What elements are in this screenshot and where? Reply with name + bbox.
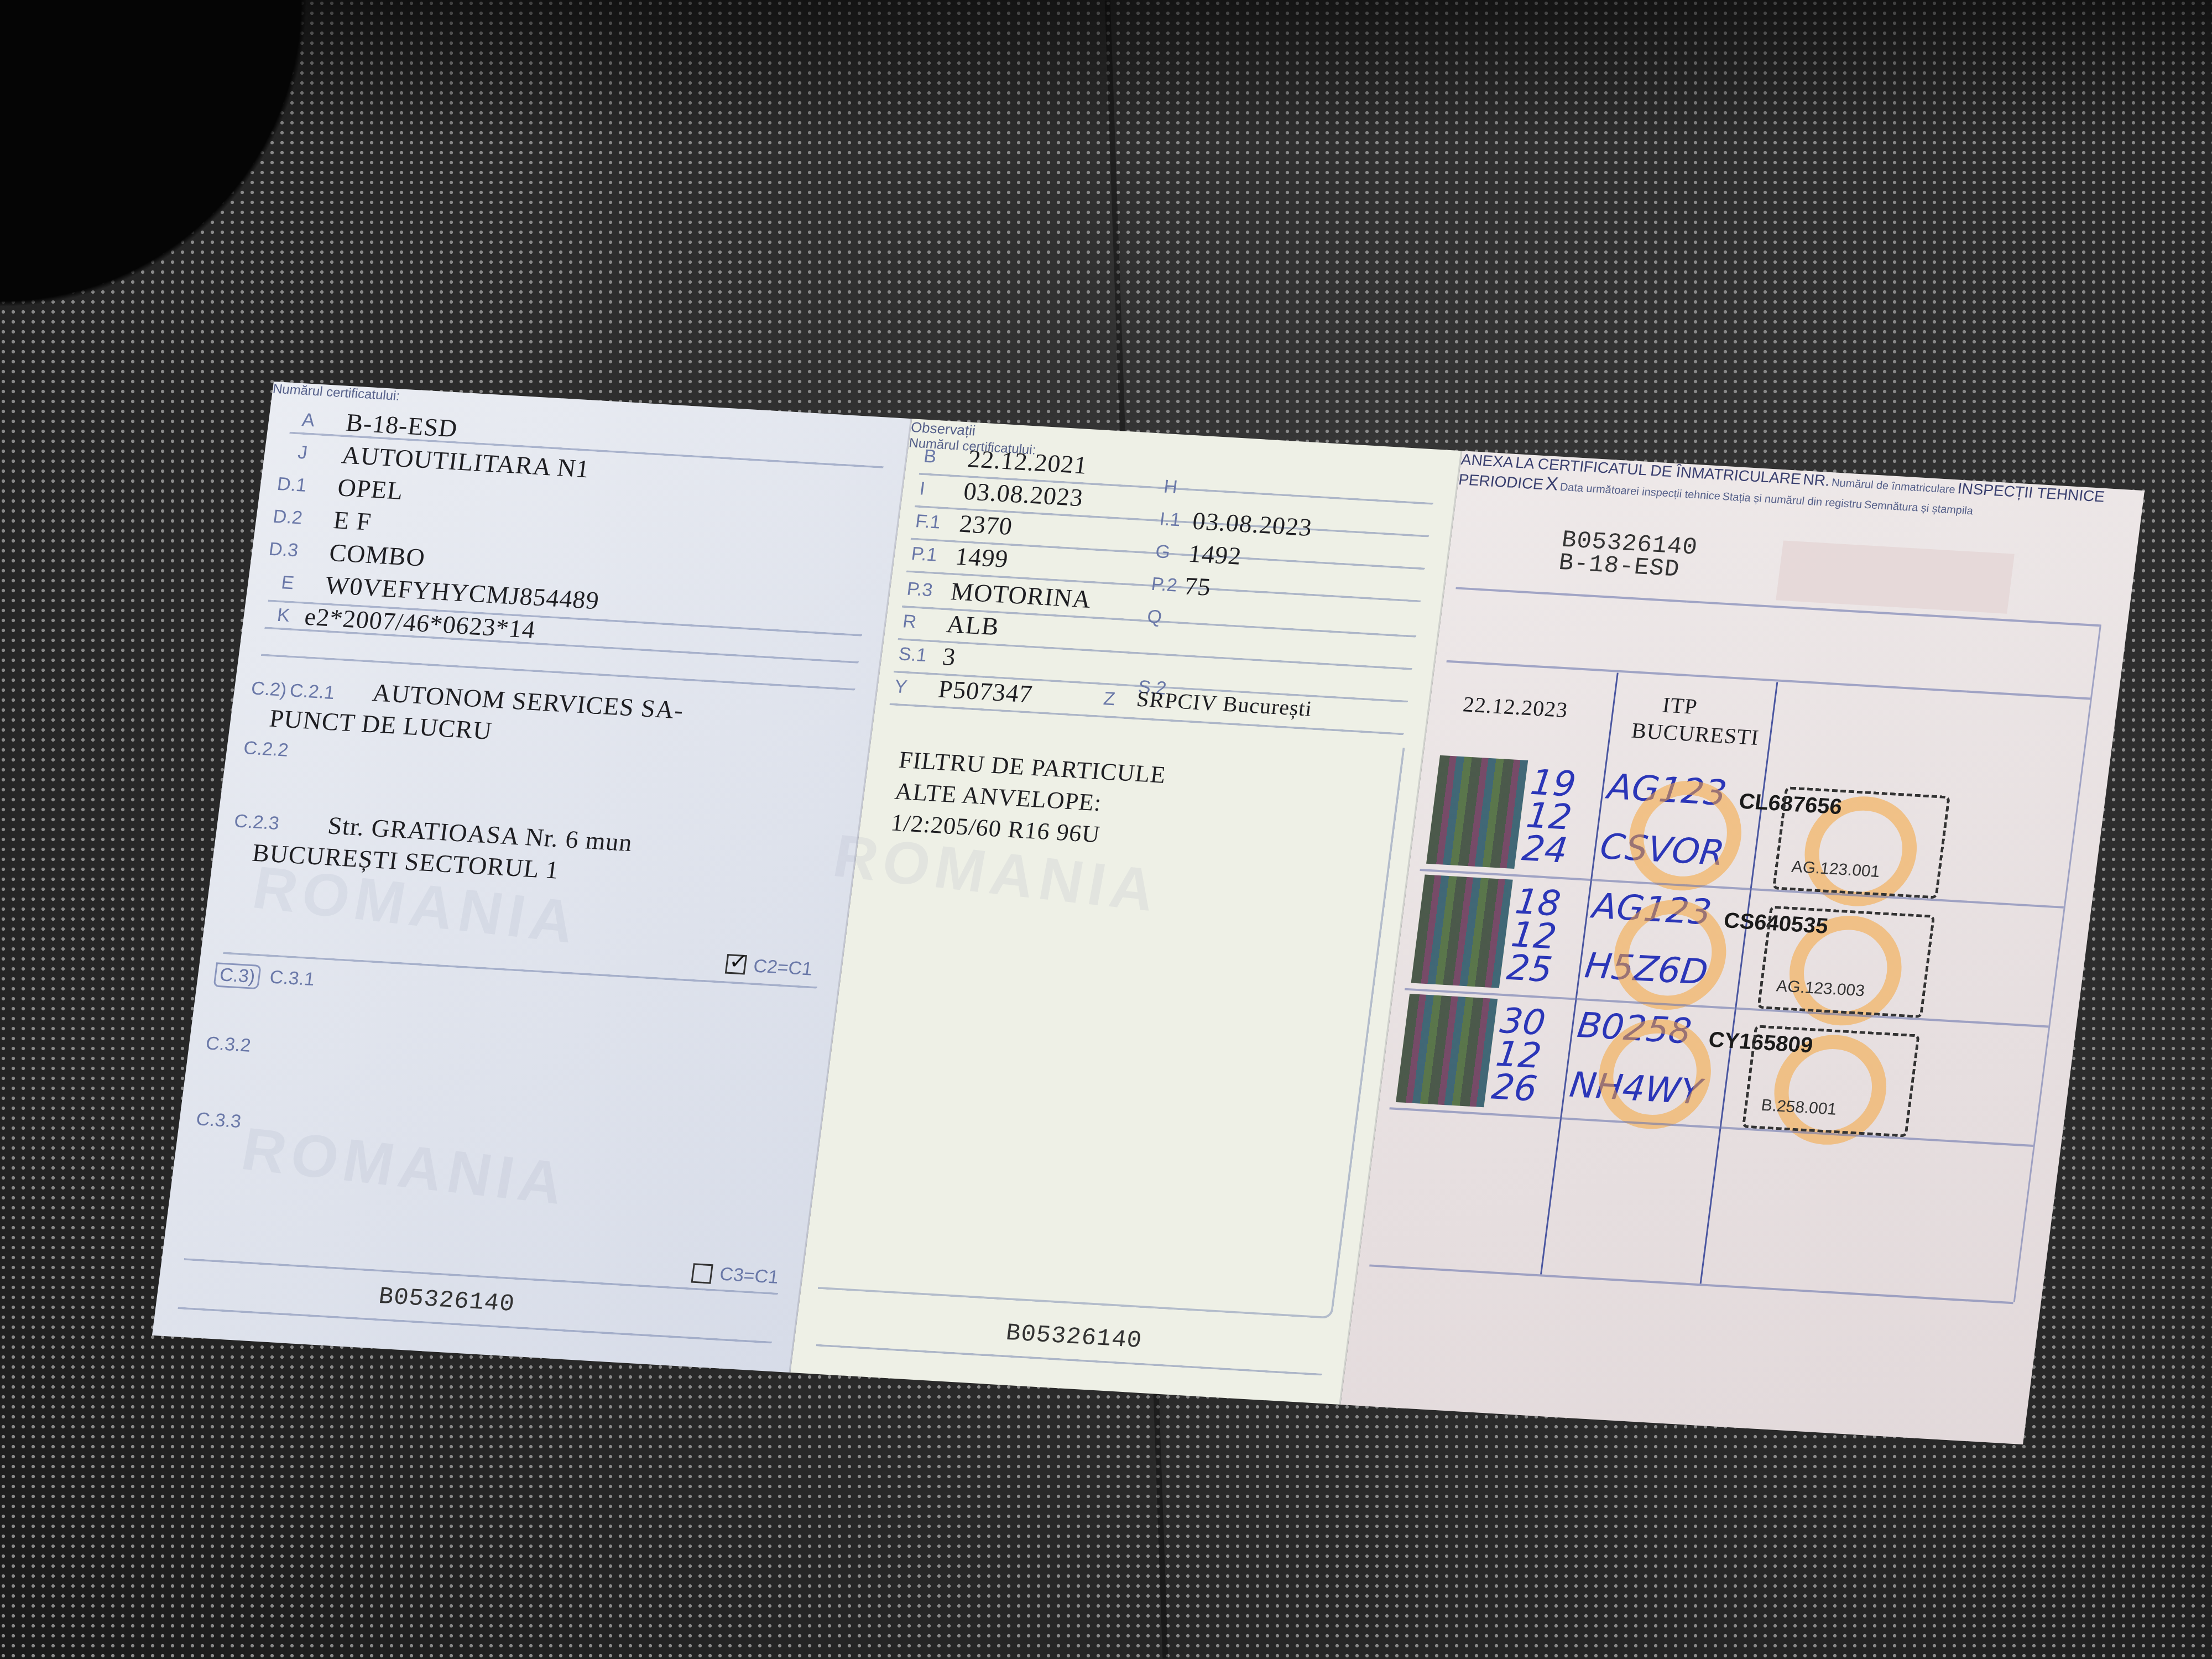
field-label-b: B (922, 446, 937, 468)
field-label-c2: C.2) (250, 678, 288, 701)
field-label-k: K (276, 604, 291, 627)
checkmark-icon: ✓ (728, 948, 749, 975)
field-label-y: Y (893, 676, 908, 698)
field-label-c33: C.3.3 (195, 1109, 242, 1133)
field-value-y: P507347 (937, 674, 1034, 708)
field-value-d2: E F (332, 505, 373, 536)
field-label-z: Z (1102, 688, 1117, 710)
observations-box (818, 718, 1405, 1319)
c3-eq-c1-checkbox (691, 1263, 713, 1284)
field-value-z: SRPCIV București (1135, 686, 1314, 722)
field-value-i: 03.08.2023 (962, 477, 1086, 513)
field-label-r: R (901, 611, 917, 633)
inspection-station: BUCURESTI (1630, 717, 1761, 750)
left-panel: ROMANIA ROMANIA AB-18-ESDJAUTOUTILITARA … (152, 382, 912, 1373)
handwritten-date: 19 12 24 (1520, 766, 1599, 869)
col-signature: Semnătura și ștampila (1864, 499, 1974, 517)
col-next-date: Data următoarei inspecții tehnice (1559, 481, 1721, 502)
field-label-a: A (301, 410, 316, 432)
field-value-r: ALB (945, 609, 1001, 641)
field-label-e: E (280, 572, 295, 594)
field-label-d3: D.3 (268, 539, 300, 561)
shadow-corner (0, 0, 387, 387)
field-label-p2: P.2 (1150, 573, 1178, 596)
field-label-c31: C.3.1 (268, 967, 316, 990)
handwritten-date: 30 12 26 (1490, 1005, 1568, 1108)
c2-eq-c1-checkbox: ✓ (725, 954, 747, 974)
field-value-s1: 3 (941, 642, 958, 671)
c3-eq-c1-label: C3=C1 (718, 1264, 780, 1288)
field-label-c23: C.2.3 (233, 811, 280, 834)
watermark: ROMANIA (237, 1114, 574, 1219)
field-divider (898, 638, 1412, 670)
field-value-f1: 2370 (958, 509, 1014, 541)
redacted-area (1776, 540, 2015, 613)
field-label-s1: S.1 (898, 644, 928, 666)
station-stamp (1742, 1025, 1920, 1138)
hologram-sticker (1396, 994, 1498, 1107)
inspection-station: ITP (1661, 692, 1699, 719)
annex-title: ANEXA (1460, 451, 1514, 471)
x-label: X (1545, 473, 1559, 495)
field-label-i: I (919, 478, 926, 500)
cert-number: B05326140 (1004, 1320, 1144, 1355)
hologram-sticker (1411, 874, 1513, 988)
field-label-i1: I.1 (1159, 509, 1182, 531)
c2-eq-c1-label: C2=C1 (752, 956, 813, 980)
field-value-b: 22.12.2021 (966, 444, 1089, 480)
field-label-d2: D.2 (272, 506, 304, 529)
field-label-p3: P.3 (906, 578, 934, 601)
station-stamp (1772, 786, 1950, 899)
field-label-f1: F.1 (914, 511, 942, 534)
reg-number-label: Numărul de înmatriculare (1831, 477, 1956, 496)
field-label-c3: C.3) (213, 962, 261, 989)
field-label-c21: C.2.1 (289, 680, 336, 704)
col-station: Stația și numărul din registru (1721, 491, 1863, 510)
field-value-d1: OPEL (336, 473, 405, 505)
field-label-g: G (1154, 541, 1171, 564)
station-stamp (1757, 906, 1935, 1019)
field-value-p3: MOTORINA (949, 577, 1093, 614)
field-value-i1: 03.08.2023 (1191, 506, 1314, 542)
next-inspection-date: 22.12.2023 (1462, 691, 1569, 723)
field-label-c32: C.3.2 (205, 1033, 252, 1057)
field-value-d3: COMBO (328, 538, 427, 572)
field-label-c22: C.2.2 (242, 738, 290, 761)
row-divider (1389, 1107, 2033, 1147)
hologram-sticker (1426, 755, 1528, 869)
field-label-j: J (296, 442, 309, 463)
field-value-p1: 1499 (954, 541, 1010, 573)
field-value-p2: 75 (1183, 571, 1213, 602)
field-value-g: 1492 (1187, 539, 1243, 571)
field-label-d1: D.1 (276, 473, 308, 496)
cert-number: B05326140 (377, 1283, 517, 1318)
field-label-h: H (1162, 476, 1178, 498)
annex-panel: ANEXA LA CERTIFICATUL DE ÎNMATRICULARE N… (1340, 451, 2145, 1444)
nr-label: NR. (1802, 471, 1831, 489)
field-label-q: Q (1146, 606, 1163, 628)
registration-certificate: ROMANIA ROMANIA AB-18-ESDJAUTOUTILITARA … (152, 382, 2145, 1444)
field-label-p1: P.1 (910, 543, 938, 566)
handwritten-date: 18 12 25 (1505, 885, 1584, 988)
